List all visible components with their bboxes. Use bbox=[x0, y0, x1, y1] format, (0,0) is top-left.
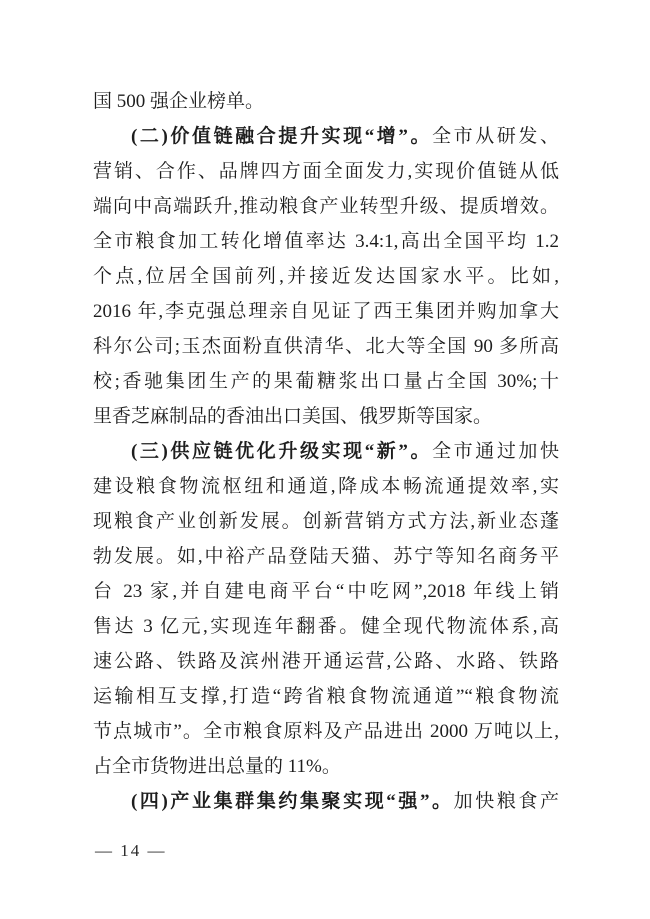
text-segment: 速公路、铁路及滨州港开通运营,公路、水路、铁路 bbox=[93, 651, 559, 672]
section-heading-segment: (二)价值链融合提升实现“增”。 bbox=[131, 126, 432, 147]
text-line: 售达 3 亿元,实现连年翻番。健全现代物流体系,高 bbox=[93, 609, 559, 644]
page-number: — 14 — bbox=[95, 841, 167, 861]
text-segment: 运输相互支撑,打造“跨省粮食物流通道”“粮食物流 bbox=[93, 686, 559, 707]
text-line: 国 500 强企业榜单。 bbox=[93, 84, 559, 119]
text-line: 速公路、铁路及滨州港开通运营,公路、水路、铁路 bbox=[93, 644, 559, 679]
text-line: (四)产业集群集约集聚实现“强”。加快粮食产 bbox=[93, 784, 559, 819]
text-line: 营销、合作、品牌四方面全面发力,实现价值链从低 bbox=[93, 154, 559, 189]
text-segment: 科尔公司;玉杰面粉直供清华、北大等全国 90 多所高 bbox=[93, 336, 559, 357]
text-segment: 加快粮食产 bbox=[454, 791, 559, 812]
text-segment: 售达 3 亿元,实现连年翻番。健全现代物流体系,高 bbox=[93, 616, 559, 637]
text-segment: 里香芝麻制品的香油出口美国、俄罗斯等国家。 bbox=[93, 406, 492, 427]
document-page: 国 500 强企业榜单。(二)价值链融合提升实现“增”。全市从研发、营销、合作、… bbox=[0, 0, 650, 919]
text-segment: 2016 年,李克强总理亲自见证了西王集团并购加拿大 bbox=[93, 301, 559, 322]
text-line: (三)供应链优化升级实现“新”。全市通过加快 bbox=[93, 434, 559, 469]
text-line: 台 23 家,并自建电商平台“中吃网”,2018 年线上销 bbox=[93, 574, 559, 609]
text-segment: 节点城市”。全市粮食原料及产品进出 2000 万吨以上, bbox=[93, 721, 559, 742]
text-segment: 营销、合作、品牌四方面全面发力,实现价值链从低 bbox=[93, 161, 559, 182]
text-segment: 占全市货物进出总量的 11%。 bbox=[93, 756, 341, 777]
text-segment: 全市通过加快 bbox=[432, 441, 559, 462]
text-segment: 现粮食产业创新发展。创新营销方式方法,新业态蓬 bbox=[93, 511, 559, 532]
text-segment: 国 500 强企业榜单。 bbox=[93, 91, 264, 112]
section-heading-segment: (三)供应链优化升级实现“新”。 bbox=[131, 441, 432, 462]
text-segment: 勃发展。如,中裕产品登陆天猫、苏宁等知名商务平 bbox=[93, 546, 559, 567]
text-line: 里香芝麻制品的香油出口美国、俄罗斯等国家。 bbox=[93, 399, 559, 434]
text-segment: 台 23 家,并自建电商平台“中吃网”,2018 年线上销 bbox=[93, 581, 559, 602]
text-line: 节点城市”。全市粮食原料及产品进出 2000 万吨以上, bbox=[93, 714, 559, 749]
text-line: 占全市货物进出总量的 11%。 bbox=[93, 749, 559, 784]
text-line: 科尔公司;玉杰面粉直供清华、北大等全国 90 多所高 bbox=[93, 329, 559, 364]
text-line: 端向中高端跃升,推动粮食产业转型升级、提质增效。 bbox=[93, 189, 559, 224]
text-line: (二)价值链融合提升实现“增”。全市从研发、 bbox=[93, 119, 559, 154]
text-line: 运输相互支撑,打造“跨省粮食物流通道”“粮食物流 bbox=[93, 679, 559, 714]
text-line: 个点,位居全国前列,并接近发达国家水平。比如, bbox=[93, 259, 559, 294]
text-segment: 端向中高端跃升,推动粮食产业转型升级、提质增效。 bbox=[93, 196, 559, 217]
text-segment: 个点,位居全国前列,并接近发达国家水平。比如, bbox=[93, 266, 559, 287]
text-segment: 校;香驰集团生产的果葡糖浆出口量占全国 30%;十 bbox=[93, 371, 559, 392]
text-line: 建设粮食物流枢纽和通道,降成本畅流通提效率,实 bbox=[93, 469, 559, 504]
text-line: 校;香驰集团生产的果葡糖浆出口量占全国 30%;十 bbox=[93, 364, 559, 399]
section-heading-segment: (四)产业集群集约集聚实现“强”。 bbox=[131, 791, 454, 812]
text-line: 全市粮食加工转化增值率达 3.4:1,高出全国平均 1.2 bbox=[93, 224, 559, 259]
text-line: 勃发展。如,中裕产品登陆天猫、苏宁等知名商务平 bbox=[93, 539, 559, 574]
text-segment: 建设粮食物流枢纽和通道,降成本畅流通提效率,实 bbox=[93, 476, 559, 497]
document-body: 国 500 强企业榜单。(二)价值链融合提升实现“增”。全市从研发、营销、合作、… bbox=[93, 84, 559, 819]
text-segment: 全市粮食加工转化增值率达 3.4:1,高出全国平均 1.2 bbox=[93, 231, 559, 252]
text-segment: 全市从研发、 bbox=[432, 126, 559, 147]
text-line: 2016 年,李克强总理亲自见证了西王集团并购加拿大 bbox=[93, 294, 559, 329]
text-line: 现粮食产业创新发展。创新营销方式方法,新业态蓬 bbox=[93, 504, 559, 539]
